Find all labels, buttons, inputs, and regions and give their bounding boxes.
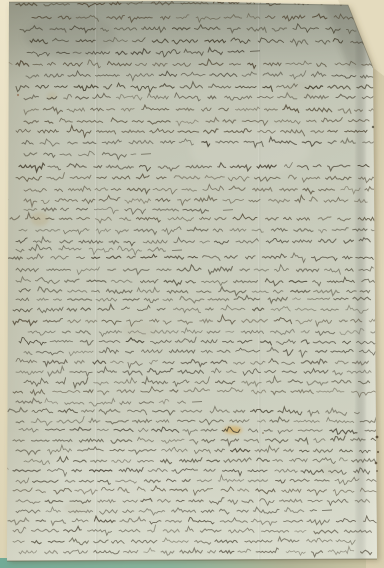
ink-speck [372, 126, 374, 128]
paragraph-end-dash [250, 51, 260, 52]
paragraph-end-dash [192, 402, 202, 403]
stain [64, 502, 88, 514]
ink-speck [376, 470, 378, 472]
stain [320, 464, 340, 476]
ink-speck [376, 436, 379, 439]
paragraph-end-dash [223, 210, 233, 211]
ink-speck [262, 432, 264, 434]
manuscript-photograph [0, 0, 384, 568]
ink-speck [17, 94, 19, 96]
paragraph-end-dash [322, 510, 332, 511]
stain [286, 82, 314, 98]
paragraph-end-dash [172, 250, 182, 251]
ink-speck [377, 451, 379, 453]
manuscript-page-svg [0, 0, 384, 568]
ink-speck [375, 462, 378, 465]
stain [122, 321, 158, 339]
paragraph-end-dash [141, 154, 151, 155]
